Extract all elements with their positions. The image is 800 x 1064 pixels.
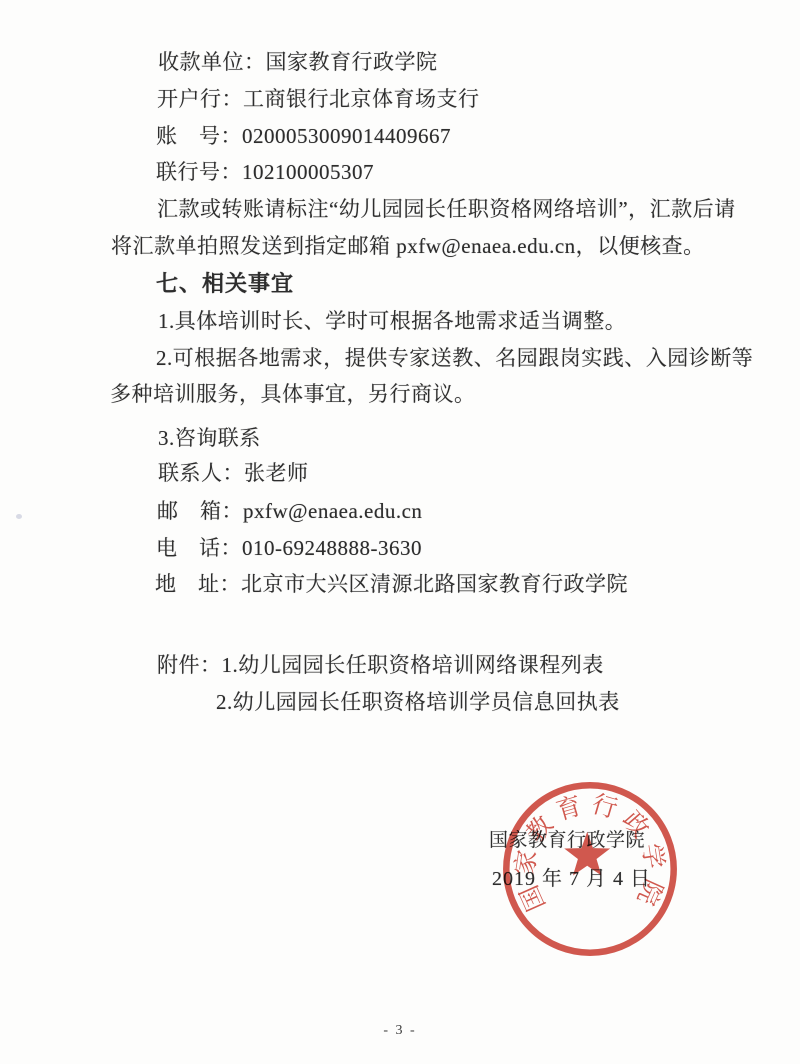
- contact-phone-line: 电 话：010-69248888-3630: [156, 538, 422, 559]
- payee-line: 收款单位：国家教育行政学院: [158, 52, 438, 73]
- item-1-line: 1.具体培训时长、学时可根据各地需求适当调整。: [158, 311, 626, 332]
- attachment-1-line: 附件：1.幼儿园园长任职资格培训网络课程列表: [157, 655, 604, 676]
- contact-address-line: 地 址：北京市大兴区清源北路国家教育行政学院: [155, 574, 628, 595]
- document-page: 收款单位：国家教育行政学院 开户行：工商银行北京体育场支行 账 号：020005…: [0, 0, 800, 1064]
- item-3-line: 3.咨询联系: [158, 428, 261, 449]
- contact-person-line: 联系人：张老师: [158, 463, 309, 484]
- item-2-line-2: 多种培训服务，具体事宜，另行商议。: [110, 384, 476, 405]
- bank-line: 开户行：工商银行北京体育场支行: [157, 89, 480, 110]
- bank-code-line: 联行号：102100005307: [156, 162, 374, 183]
- contact-email-line: 邮 箱：pxfw@enaea.edu.cn: [157, 501, 422, 522]
- attachment-2-line: 2.幼儿园园长任职资格培训学员信息回执表: [216, 692, 620, 713]
- section-heading: 七、相关事宜: [156, 273, 294, 295]
- page-number: - 3 -: [0, 1023, 800, 1039]
- item-2-line-1: 2.可根据各地需求，提供专家送教、名园跟岗实践、入园诊断等: [156, 348, 753, 369]
- scan-artifact: [16, 514, 22, 519]
- official-seal: 国家教育行政学院: [497, 776, 683, 962]
- account-number-line: 账 号：0200053009014409667: [156, 126, 451, 147]
- remit-note-line-2: 将汇款单拍照发送到指定邮箱 pxfw@enaea.edu.cn，以便核查。: [111, 236, 705, 257]
- seal-star-icon: [564, 832, 610, 876]
- remit-note-line-1: 汇款或转账请标注“幼儿园园长任职资格网络培训”，汇款后请: [157, 199, 736, 220]
